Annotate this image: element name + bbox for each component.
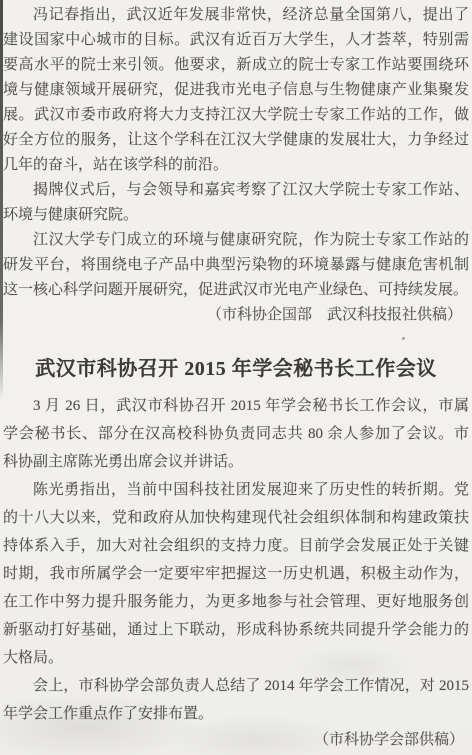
text-line: 研发平台，将围绕电子产品中典型污染物的环境暴露与健康危害机制 xyxy=(3,253,469,278)
text-line: 冯记春指出，武汉近年发展非常快，经济总量全国第八，提出了 xyxy=(3,3,469,28)
text-line: 环境与健康研究院。 xyxy=(3,203,469,228)
text-line: 在工作中努力提升服务能力，为更多地参与社会管理、更好地服务创 xyxy=(3,588,469,616)
paragraph: 3 月 26 日，武汉市科协召开 2015 年学会秘书长工作会议，市属学会秘书长… xyxy=(3,392,469,476)
text-line: 陈光勇指出，当前中国科技社团发展迎来了历史性的转折期。党 xyxy=(3,476,469,504)
paragraph: 冯记春指出，武汉近年发展非常快，经济总量全国第八，提出了建设国家中心城市的目标。… xyxy=(3,3,469,178)
paragraph: 江汉大学专门成立的环境与健康研究院，作为院士专家工作站的研发平台，将围绕电子产品… xyxy=(3,228,469,303)
paragraph: 揭牌仪式后，与会领导和嘉宾考察了江汉大学院士专家工作站、环境与健康研究院。 xyxy=(3,178,469,228)
article-1-byline: （市科协企国部 武汉科技报社供稿） xyxy=(3,303,469,328)
text-line: 境与健康领域开展研究，促进我市光电子信息与生物健康产业集聚发 xyxy=(3,78,469,103)
text-line: 好全方位的服务，让这个学科在江汉大学健康的发展壮大，力争经过 xyxy=(3,128,469,153)
article-2-body: 3 月 26 日，武汉市科协召开 2015 年学会秘书长工作会议，市属学会秘书长… xyxy=(3,392,469,728)
text-line: 持体系入手，加大对社会组织的支持力度。目前学会发展正处于关键 xyxy=(3,532,469,560)
document-page: 冯记春指出，武汉近年发展非常快，经济总量全国第八，提出了建设国家中心城市的目标。… xyxy=(0,0,472,755)
text-line: 要高水平的院士来引领。他要求，新成立的院士专家工作站要围绕环 xyxy=(3,53,469,78)
text-line: 科协副主席陈光勇出席会议并讲话。 xyxy=(3,448,469,476)
text-line: 会上，市科协学会部负责人总结了 2014 年学会工作情况，对 2015 xyxy=(3,672,469,700)
text-line: 学会秘书长、部分在汉高校科协负责同志共 80 余人参加了会议。市 xyxy=(3,420,469,448)
text-line: 展。武汉市委市政府将大力支持江汉大学院士专家工作站的工作，做 xyxy=(3,103,469,128)
text-line: 年学会工作重点作了安排布置。 xyxy=(3,700,469,728)
scan-speck xyxy=(402,337,405,340)
article-1-body: 冯记春指出，武汉近年发展非常快，经济总量全国第八，提出了建设国家中心城市的目标。… xyxy=(3,3,469,303)
text-line: 3 月 26 日，武汉市科协召开 2015 年学会秘书长工作会议，市属 xyxy=(3,392,469,420)
text-line: 大格局。 xyxy=(3,644,469,672)
text-line: 这一核心科学问题开展研究，促进武汉市光电产业绿色、可持续发展。 xyxy=(3,278,469,303)
article-2-byline: （市科协学会部供稿） xyxy=(3,728,469,752)
article-1: 冯记春指出，武汉近年发展非常快，经济总量全国第八，提出了建设国家中心城市的目标。… xyxy=(3,3,469,328)
paragraph: 陈光勇指出，当前中国科技社团发展迎来了历史性的转折期。党的十八大以来，党和政府从… xyxy=(3,476,469,672)
article-2-title: 武汉市科协召开 2015 年学会秘书长工作会议 xyxy=(3,354,469,384)
article-2: 3 月 26 日，武汉市科协召开 2015 年学会秘书长工作会议，市属学会秘书长… xyxy=(3,392,469,752)
scan-edge-artifact xyxy=(0,0,3,400)
text-line: 几年的奋斗，站在该学科的前沿。 xyxy=(3,153,469,178)
text-line: 江汉大学专门成立的环境与健康研究院，作为院士专家工作站的 xyxy=(3,228,469,253)
text-line: 时期，我市所属学会一定要牢牢把握这一历史机遇，积极主动作为， xyxy=(3,560,469,588)
paragraph: 会上，市科协学会部负责人总结了 2014 年学会工作情况，对 2015年学会工作… xyxy=(3,672,469,728)
text-line: 新驱动打好基础，通过上下联动，形成科协系统共同提升学会能力的 xyxy=(3,616,469,644)
text-line: 揭牌仪式后，与会领导和嘉宾考察了江汉大学院士专家工作站、 xyxy=(3,178,469,203)
text-line: 建设国家中心城市的目标。武汉有近百万大学生，人才荟萃，特别需 xyxy=(3,28,469,53)
text-line: 的十八大以来，党和政府从加快构建现代社会组织体制和构建政策扶 xyxy=(3,504,469,532)
